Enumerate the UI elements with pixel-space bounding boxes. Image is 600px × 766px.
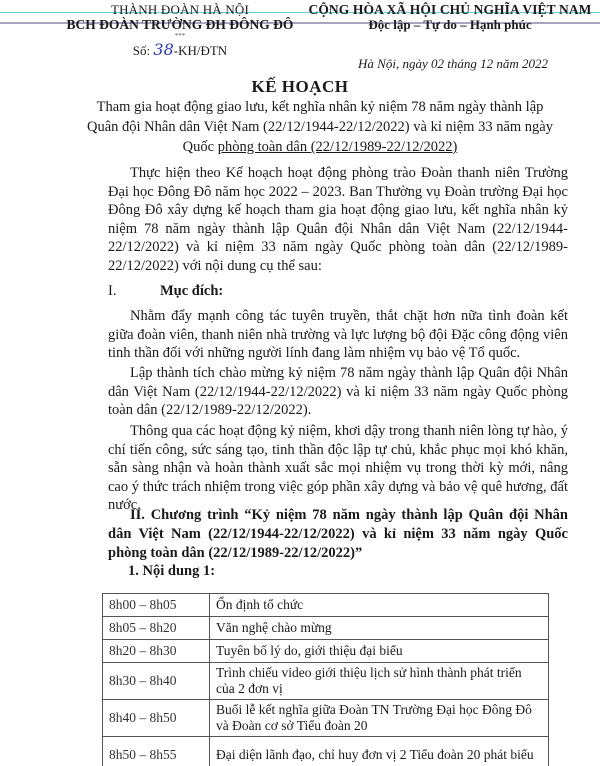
schedule-row: 8h30 – 8h40Trình chiếu video giới thiệu … — [103, 663, 549, 700]
schedule-row: 8h00 – 8h05Ổn định tổ chức — [103, 594, 549, 617]
national-motto: Độc lập – Tự do – Hạnh phúc — [300, 17, 600, 32]
schedule-row: 8h50 – 8h55Đại diện lãnh đạo, chỉ huy đơ… — [103, 737, 549, 766]
schedule-time: 8h30 – 8h40 — [103, 663, 210, 700]
issuer-block: THÀNH ĐOÀN HÀ NỘI BCH ĐOÀN TRƯỜNG ĐH ĐÔN… — [60, 2, 300, 58]
schedule-time: 8h20 – 8h30 — [103, 640, 210, 663]
section-2-heading: II. Chương trình “Kỷ niệm 78 năm ngày th… — [108, 506, 568, 563]
schedule-activity: Văn nghệ chào mừng — [210, 617, 549, 640]
schedule-activity: Trình chiếu video giới thiệu lịch sử hìn… — [210, 663, 549, 700]
schedule-row: 8h05 – 8h20Văn nghệ chào mừng — [103, 617, 549, 640]
document-subtitle: Tham gia hoạt động giao lưu, kết nghĩa n… — [70, 97, 570, 157]
schedule-activity: Tuyên bố lý do, giới thiệu đại biểu — [210, 640, 549, 663]
schedule-time: 8h40 – 8h50 — [103, 700, 210, 737]
section-1-paragraph-3: Thông qua các hoạt động kỷ niệm, khơi dậ… — [108, 422, 568, 515]
parent-organization: THÀNH ĐOÀN HÀ NỘI — [60, 2, 300, 17]
schedule-activity: Đại diện lãnh đạo, chỉ huy đơn vị 2 Tiểu… — [210, 737, 549, 766]
document-number: Số: 38-KH/ĐTN — [60, 42, 300, 58]
nation-name: CỘNG HÒA XÃ HỘI CHỦ NGHĨA VIỆT NAM — [300, 2, 600, 17]
issuing-organization: BCH ĐOÀN TRƯỜNG ĐH ĐÔNG ĐÔ — [60, 17, 300, 32]
schedule-row: 8h40 – 8h50Buổi lễ kết nghĩa giữa Đoàn T… — [103, 700, 549, 737]
stars-divider: *** — [60, 32, 300, 41]
document-title: KẾ HOẠCH — [0, 77, 600, 97]
section-1-paragraph-1: Nhằm đẩy mạnh công tác tuyên truyền, thắ… — [108, 307, 568, 363]
section-1-paragraph-2: Lập thành tích chào mừng kỷ niệm 78 năm … — [108, 364, 568, 420]
schedule-activity: Buổi lễ kết nghĩa giữa Đoàn TN Trường Đạ… — [210, 700, 549, 737]
schedule-time: 8h50 – 8h55 — [103, 737, 210, 766]
schedule-time: 8h05 – 8h20 — [103, 617, 210, 640]
schedule-activity: Ổn định tổ chức — [210, 594, 549, 617]
section-1-heading: I.Mục đích: — [108, 283, 223, 300]
schedule-table: 8h00 – 8h05Ổn định tổ chức8h05 – 8h20Văn… — [102, 593, 549, 766]
national-header: CỘNG HÒA XÃ HỘI CHỦ NGHĨA VIỆT NAM Độc l… — [300, 2, 600, 32]
subsection-1-heading: 1. Nội dung 1: — [128, 563, 215, 580]
handwritten-number: 38 — [153, 40, 173, 59]
intro-paragraph: Thực hiện theo Kế hoạch hoạt động phòng … — [108, 164, 568, 275]
schedule-row: 8h20 – 8h30Tuyên bố lý do, giới thiệu đạ… — [103, 640, 549, 663]
document-date: Hà Nội, ngày 02 tháng 12 năm 2022 — [358, 56, 548, 72]
schedule-time: 8h00 – 8h05 — [103, 594, 210, 617]
